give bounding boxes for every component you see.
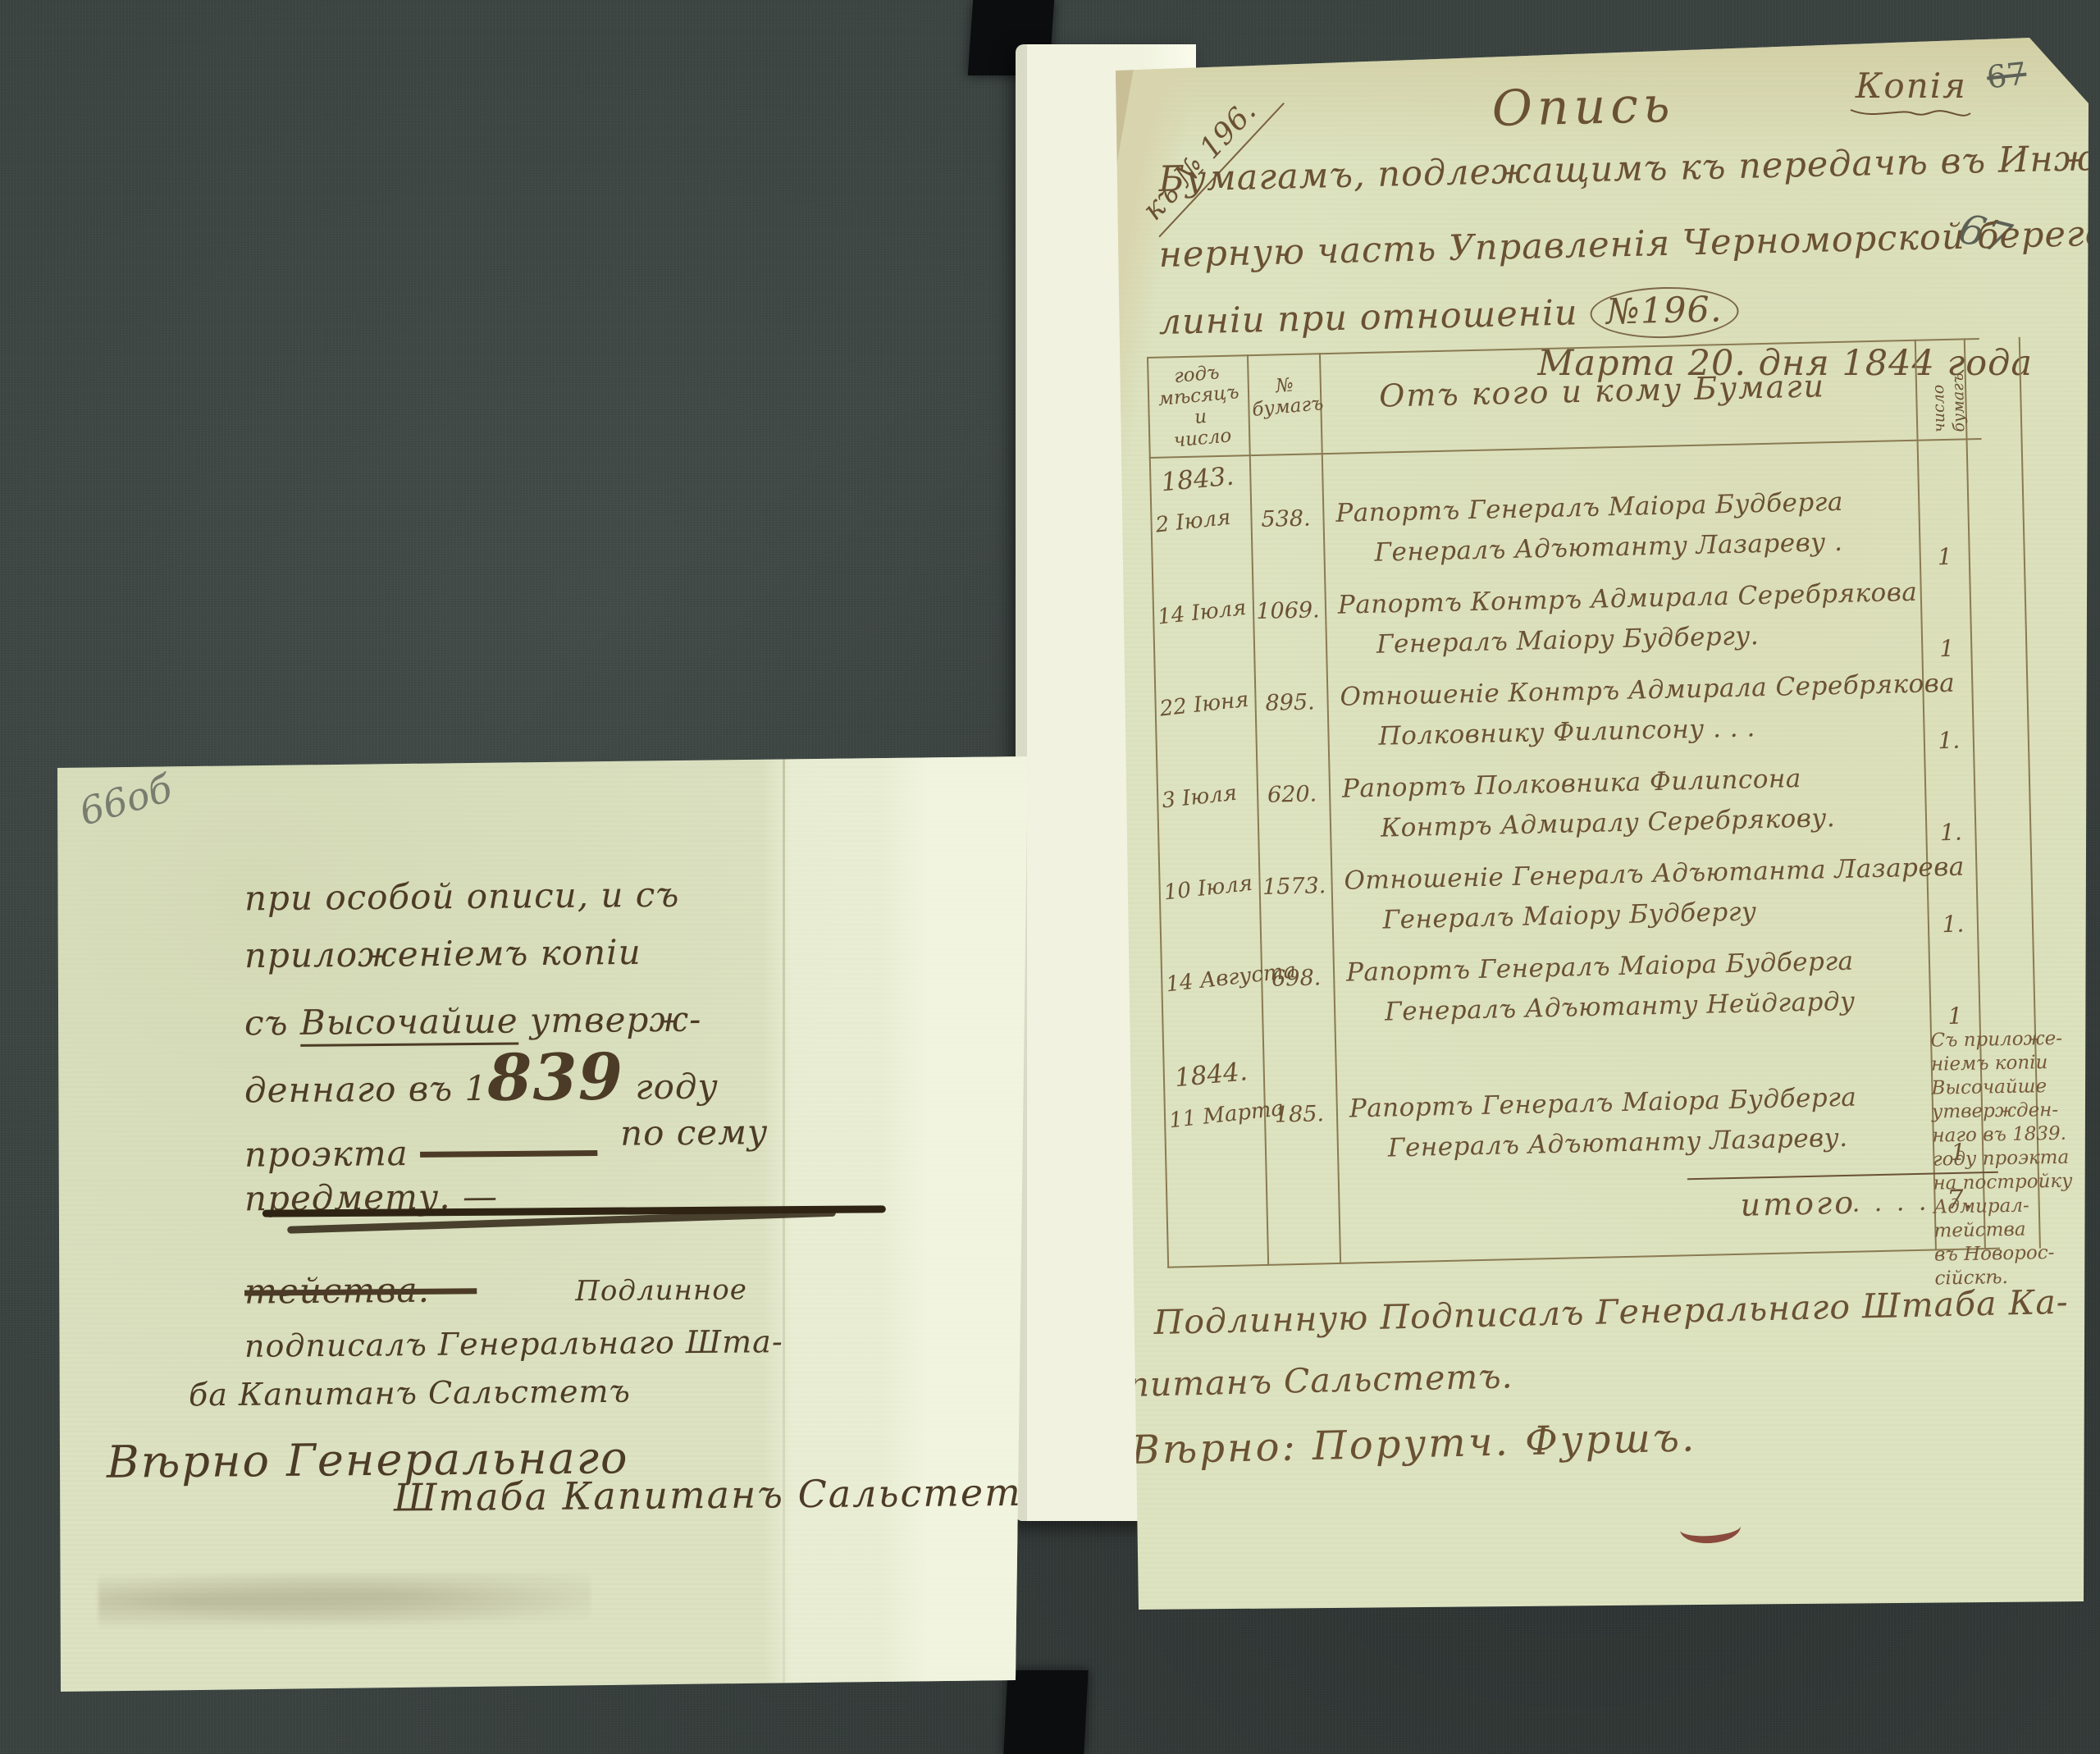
table-rows: 1843. 2 Іюля 538. Рапортъ Генералъ Маіор… [1149,440,2000,1248]
verification-signature-line: Вѣрно: Порутч. Фуршъ. [1130,1414,1697,1473]
row-document-number: 895. [1256,689,1324,716]
row-date: 22 Іюня [1158,687,1253,721]
row-document-number: 538. [1252,505,1320,532]
page-title: Опись [1491,76,1675,138]
column-header-body: Отъ кого и кому Бумаги [1328,367,1877,415]
row-date: 1844. [1173,1055,1267,1093]
manuscript-line: проэкта ⸺⸺⸺по сему [244,1123,769,1177]
row-sheet-count: 1 [1931,1002,1979,1030]
footer-attestation-line: питанъ Сальстетъ. [1127,1356,1513,1405]
row-description [1335,442,1884,465]
row-description: Рапортъ Генералъ Маіора БудбергаГенералъ… [1349,1081,1900,1163]
header-word: бумагъ [1948,343,1968,432]
row-document-number [1251,461,1318,463]
row-sheet-count: 1 [1923,634,1971,662]
row-sheet-count: 1 [1920,542,1969,570]
row-date: 14 Августа [1165,962,1259,997]
copy-label: Копія [1856,66,1967,106]
circled-document-number: №196. [1589,285,1739,340]
marginal-note-line: наго въ 1839. [1932,1121,2084,1148]
marginal-note-line: году проэкта [1933,1145,2085,1172]
row-date: 1843. [1160,459,1254,497]
struck-out-text: тейства. — [244,1269,477,1311]
marginal-note-line: Адмирал- [1933,1193,2086,1219]
folio-number-struck: 67 [1984,56,2028,96]
manuscript-line: съ Высочайше утверж- [244,999,702,1044]
intro-line: линіи при отношеніи №196. [1158,285,1739,349]
manuscript-line: тейства. —Подлинное [244,1267,747,1311]
left-manuscript-page: 66об при особой описи, и съ приложеніемъ… [57,756,1029,1693]
row-description: Отношеніе Генералъ Адъютанта ЛазареваГен… [1344,854,1895,936]
row-description: Отношеніе Контръ Адмирала СеребряковаПол… [1340,670,1891,752]
row-description: Рапортъ Генералъ Маіора БудбергаГенералъ… [1346,945,1897,1027]
column-header-date: годъмѣсяцъичисло [1148,359,1252,453]
row-document-number: 620. [1258,781,1326,808]
signature-line: Штаба Капитанъ Сальстетъ [394,1470,1049,1520]
total-dot-leaders: . . . . [1851,1188,1930,1218]
marginal-note: Съ приложе-ніемъ копіиВысочайшеутвержден… [1930,1026,2088,1290]
column-header-count-vertical: числобумагъ [1921,343,1975,432]
marginal-note-line: ніемъ копіи [1931,1050,2084,1076]
intro-line: Бумагамъ, подлежащимъ къ передачѣ въ Инж… [1158,137,2100,200]
red-ink-blot [1679,1510,1742,1545]
marginal-note-line: тейства [1933,1217,2086,1243]
manuscript-line: ба Капитанъ Сальстетъ [189,1373,631,1414]
folio-number-left: 66об [75,765,177,834]
header-word: число [1929,344,1948,432]
row-document-number [1264,1057,1331,1058]
row-date: 10 Іюля [1162,870,1257,905]
footer-attestation-line: Подлинную Подписалъ Генеральнаго Штаба К… [1153,1282,2069,1342]
marginal-note-line: Высочайше [1931,1074,2084,1100]
row-sheet-count: 1. [1929,910,1978,938]
inventory-table: годъмѣсяцъичисло №бумагъ Отъ кого и кому… [1147,338,2000,1268]
row-sheet-count: 1. [1927,818,1975,846]
marginal-note-line: утвержден- [1932,1098,2084,1124]
row-document-number: 1069. [1254,597,1322,624]
row-document-number: 185. [1266,1101,1334,1128]
row-description: Рапортъ Полковника ФилипсонаКонтръ Адмир… [1342,762,1893,844]
row-sheet-count: 1. [1924,726,1973,754]
underlined-word: Высочайше [300,1001,518,1047]
marginal-note-line: Съ приложе- [1930,1026,2083,1053]
marginal-word: Подлинное [575,1273,747,1308]
row-date: 2 Іюля [1154,503,1249,537]
manuscript-line: при особой описи, и съ [244,875,680,919]
marginal-note-line: на постройку [1933,1169,2085,1195]
ink-bleedthrough-smudge [98,1573,591,1630]
manuscript-line: подписалъ Генеральнаго Шта- [244,1323,783,1364]
manuscript-line: деннаго въ 1839 году [244,1066,719,1110]
overwritten-year-digits: 839 [487,1039,624,1115]
row-description: Рапортъ Контръ Адмирала СеребряковаГенер… [1338,578,1889,660]
row-date: 14 Іюля [1157,595,1251,629]
table-rule [1167,1248,2000,1268]
flourish-underline-icon [1849,107,1972,121]
row-date: 11 Марта [1168,1099,1262,1133]
inserted-correction: по сему [620,1112,769,1153]
row-document-number: 698. [1262,965,1331,992]
column-header-number: №бумагъ [1249,372,1322,421]
manuscript-line: приложеніемъ копіи [244,932,641,975]
right-manuscript-page: къ № 196. Копія 67 67 Опись Бумагамъ, по… [1106,38,2090,1613]
row-sheet-count [1920,477,1967,478]
marginal-note-line: въ Новорос- [1934,1240,2087,1267]
row-document-number: 1573. [1260,873,1328,900]
archival-photo-scene: 66об при особой описи, и съ приложеніемъ… [0,0,2100,1754]
row-date: 3 Іюля [1161,779,1255,813]
total-label: итого [1740,1185,1856,1223]
row-description: Рапортъ Генералъ Маіора БудбергаГенералъ… [1335,486,1887,569]
intro-line: нерную часть Управленія Черноморской бер… [1158,212,2100,276]
struck-out-text: ⸺⸺⸺ [420,1131,598,1173]
binding-spine-strip-bottom [1003,1670,1088,1754]
